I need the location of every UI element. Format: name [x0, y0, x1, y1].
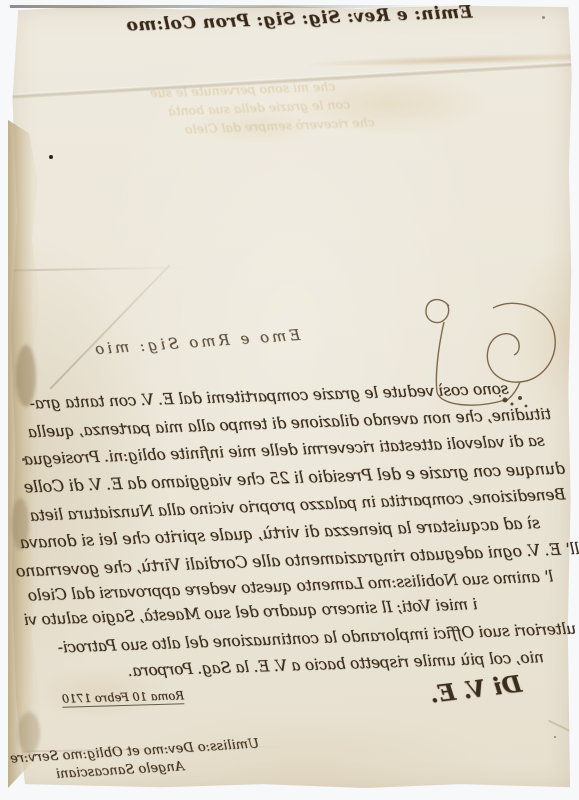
crease-bottom-right — [548, 720, 579, 743]
letter-photo: Emin: e Rev: Sig: Sig: Pron Col:mo che m… — [0, 0, 579, 800]
fold-crease-top — [8, 59, 579, 99]
paper-sheet — [8, 4, 574, 792]
fold-crease-bottom — [8, 745, 308, 753]
fold-stain-top — [308, 52, 578, 69]
fold-crease-middle — [8, 266, 183, 271]
diagonal-crease — [49, 265, 170, 390]
